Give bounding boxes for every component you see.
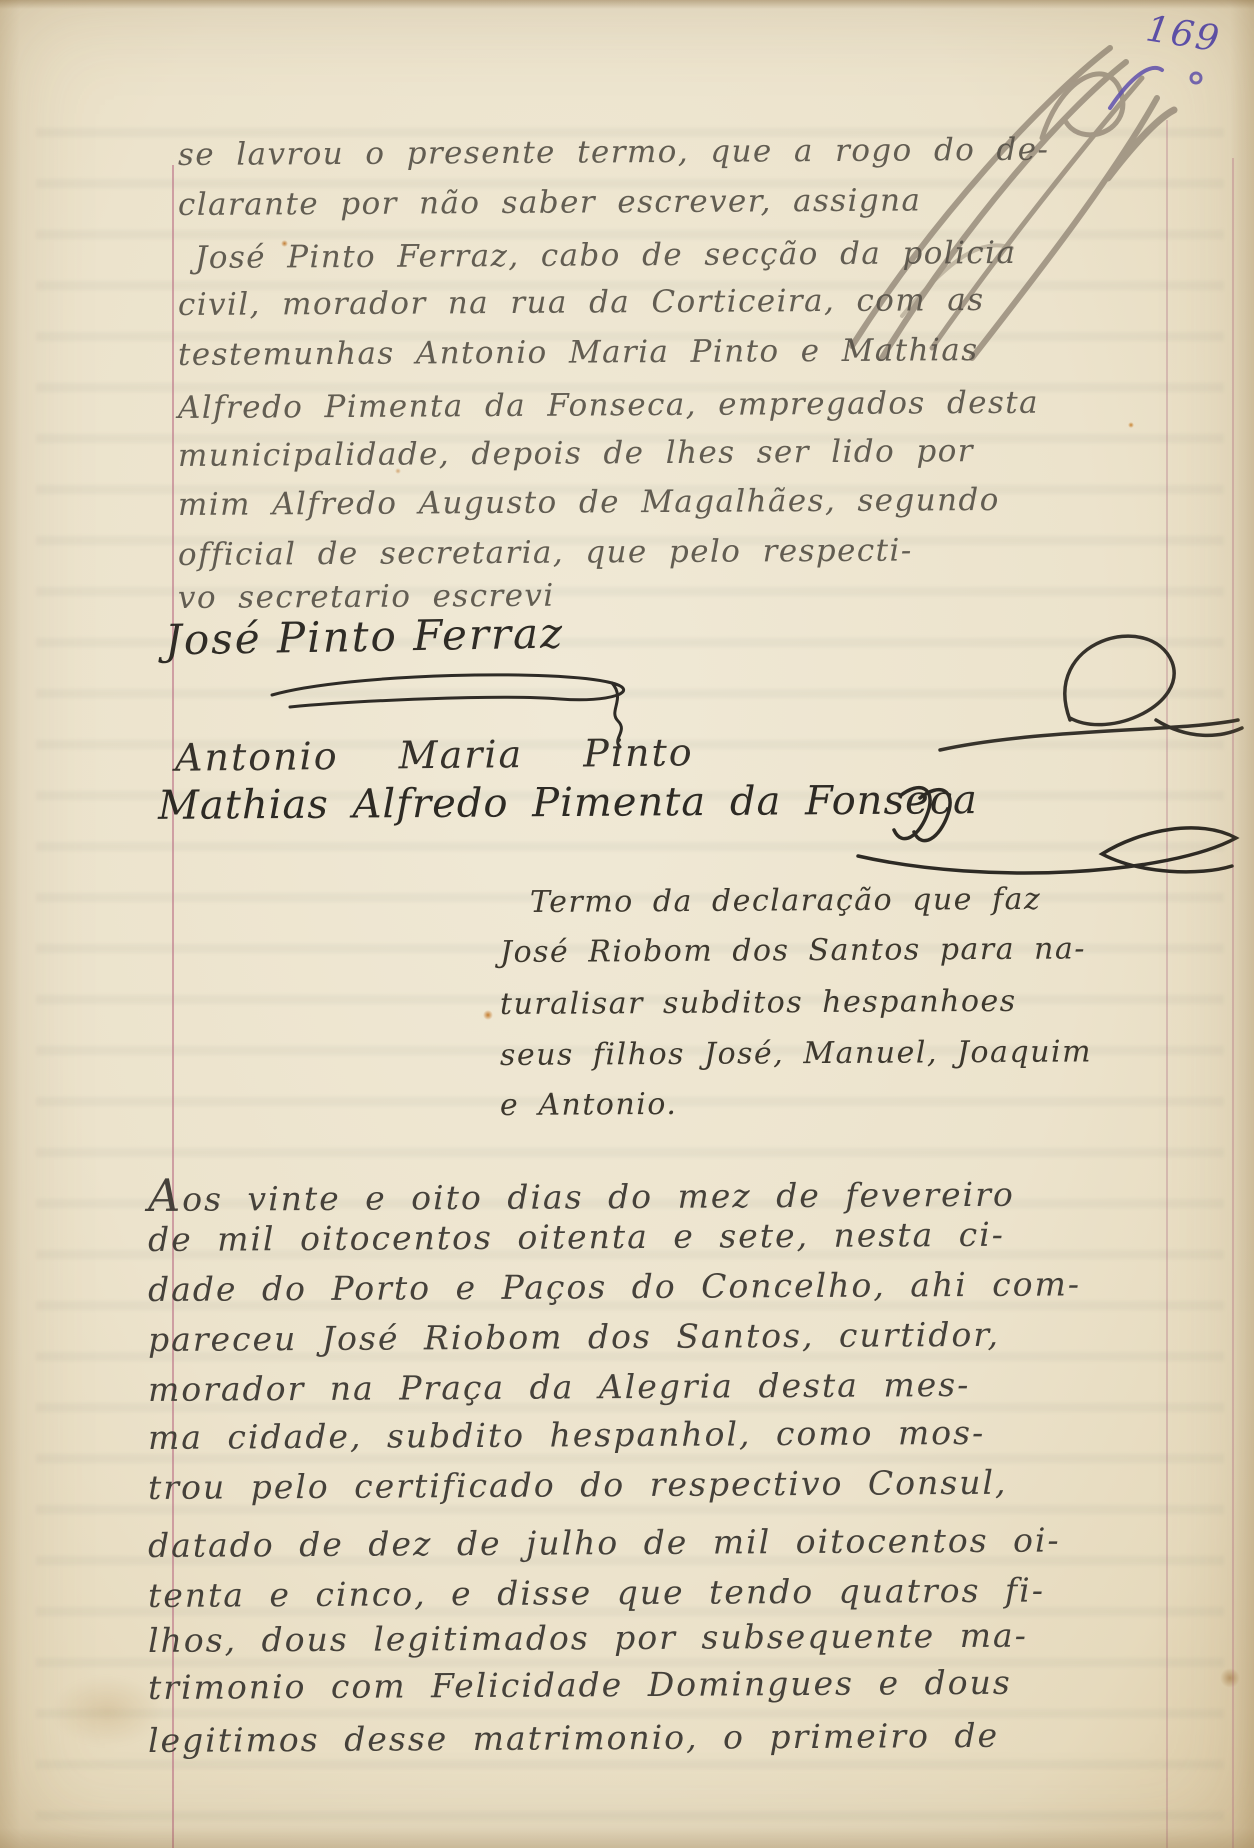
record-body-line: pareceu José Riobom dos Santos, curtidor… bbox=[148, 1315, 1000, 1359]
manuscript-line: José Pinto Ferraz, cabo de secção da pol… bbox=[195, 235, 1017, 276]
record-body-line: dade do Porto e Paços do Concelho, ahi c… bbox=[148, 1264, 1081, 1309]
right-margin-rule bbox=[1166, 120, 1168, 1848]
record-body-line: morador na Praça da Alegria desta mes- bbox=[148, 1365, 971, 1409]
manuscript-line: clarante por não saber escrever, assigna bbox=[178, 182, 922, 223]
fox-spot bbox=[483, 1010, 493, 1020]
manuscript-line: mim Alfredo Augusto de Magalhães, segund… bbox=[178, 482, 1000, 523]
fox-spot bbox=[52, 1676, 162, 1746]
manuscript-line: official de secretaria, que pelo respect… bbox=[178, 533, 913, 573]
record-body-line: tenta e cinco, e disse que tendo quatros… bbox=[148, 1571, 1045, 1615]
record-body-line: trou pelo certificado do respectivo Cons… bbox=[148, 1463, 1008, 1507]
signature-jose-pinto-ferraz: José Pinto Ferraz bbox=[165, 609, 565, 665]
record-body-line: lhos, dous legitimados por subsequente m… bbox=[148, 1616, 1028, 1660]
record-body-line: Aos vinte e oito dias do mez de fevereir… bbox=[148, 1165, 1015, 1222]
record-heading-line: Termo da declaração que faz bbox=[530, 882, 1042, 920]
manuscript-page: 169 se lavrou o presente termo, que a ro… bbox=[0, 0, 1254, 1848]
page-fore-edge-line bbox=[1232, 158, 1234, 1848]
manuscript-line: municipalidade, depois de lhes ser lido … bbox=[178, 433, 974, 474]
record-heading-line: e Antonio. bbox=[500, 1087, 678, 1123]
record-body-line: legitimos desse matrimonio, o primeiro d… bbox=[148, 1716, 999, 1760]
fox-spot bbox=[1220, 1668, 1240, 1688]
signature-mathias-alfredo-pimenta-da-fonseca: Mathias Alfredo Pimenta da Fonseca bbox=[158, 777, 978, 829]
record-heading-line: José Riobom dos Santos para na- bbox=[500, 931, 1086, 970]
folio-number: 169 bbox=[1143, 8, 1223, 60]
manuscript-line: testemunhas Antonio Maria Pinto e Mathia… bbox=[178, 332, 979, 373]
record-body-line: datado de dez de julho de mil oitocentos… bbox=[148, 1520, 1061, 1565]
record-body-line: ma cidade, subdito hespanhol, como mos- bbox=[148, 1413, 985, 1457]
pencil-scribble bbox=[810, 16, 1240, 446]
record-body-line: trimonio com Felicidade Domingues e dous bbox=[148, 1663, 1012, 1707]
manuscript-line: Alfredo Pimenta da Fonseca, empregados d… bbox=[178, 385, 1039, 426]
page-edge-vignette bbox=[0, 0, 1254, 1848]
signature-antonio-maria-pinto: Antonio Maria Pinto bbox=[175, 730, 694, 779]
record-body-line: de mil oitocentos oitenta e sete, nesta … bbox=[148, 1215, 1005, 1259]
record-heading-line: turalisar subditos hespanhoes bbox=[500, 984, 1017, 1022]
manuscript-line: civil, morador na rua da Corticeira, com… bbox=[178, 282, 985, 323]
manuscript-line: se lavrou o presente termo, que a rogo d… bbox=[178, 132, 1050, 173]
fox-spot bbox=[1128, 422, 1134, 428]
signature-flourish bbox=[920, 600, 1250, 790]
record-heading-line: seus filhos José, Manuel, Joaquim bbox=[500, 1034, 1092, 1073]
